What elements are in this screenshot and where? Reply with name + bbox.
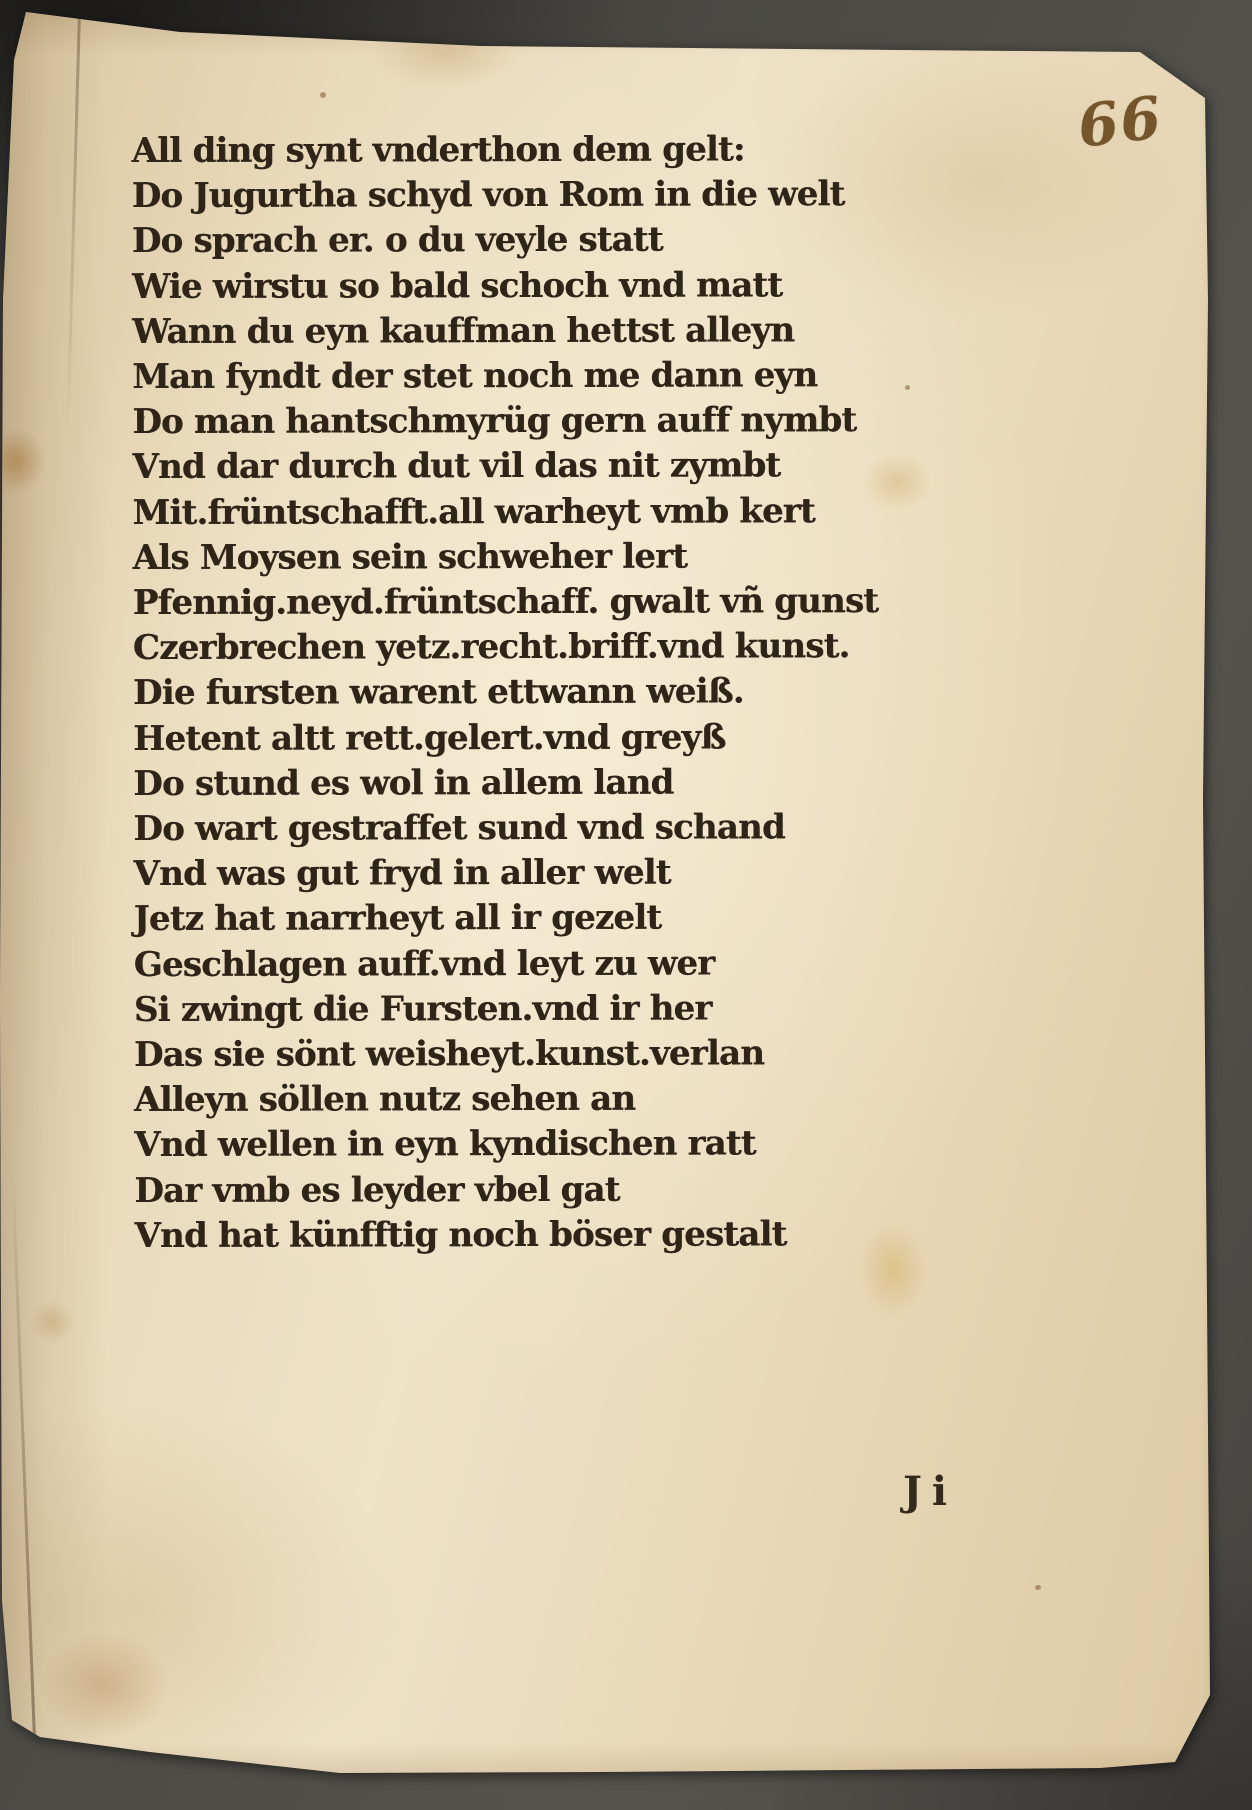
paper-stain <box>40 1630 170 1740</box>
text-line: Wann du eyn kauffman hettst alleyn <box>132 308 912 355</box>
folio-number: 66 <box>1074 83 1166 161</box>
foxing-speck <box>1035 1585 1041 1590</box>
text-line: Do Jugurtha schyd von Rom in die welt <box>132 172 912 219</box>
text-line: Mit.früntschafft.all warheyt vmb kert <box>132 489 912 536</box>
book-page: 66 All ding synt vnderthon dem gelt:Do J… <box>0 0 1226 1790</box>
text-line: Hetent altt rett.gelert.vnd greyß <box>133 715 913 762</box>
text-line: Als Moysen sein schweher lert <box>133 534 913 581</box>
text-line: All ding synt vnderthon dem gelt: <box>132 127 912 174</box>
text-line: Das sie sönt weisheyt.kunst.verlan <box>134 1031 914 1078</box>
text-line: Czerbrechen yetz.recht.briff.vnd kunst. <box>133 624 913 671</box>
text-line: Si zwingt die Fursten.vnd ir her <box>134 986 914 1033</box>
paper-stain <box>30 1300 74 1344</box>
foxing-speck <box>320 92 326 98</box>
text-line: Die fursten warent ettwann weiß. <box>133 669 913 716</box>
page-shadow-wrap: 66 All ding synt vnderthon dem gelt:Do J… <box>0 0 1252 1810</box>
scan-background: 66 All ding synt vnderthon dem gelt:Do J… <box>0 0 1252 1810</box>
text-line: Vnd hat künfftig noch böser gestalt <box>134 1212 914 1259</box>
text-line: Jetz hat narrheyt all ir gezelt <box>134 895 914 942</box>
text-line: Vnd wellen in eyn kyndischen ratt <box>134 1121 914 1168</box>
text-line: Alleyn söllen nutz sehen an <box>134 1076 914 1123</box>
text-line: Do stund es wol in allem land <box>133 760 913 807</box>
text-line: Do man hantschmyrüg gern auff nymbt <box>132 398 912 445</box>
text-line: Do wart gestraffet sund vnd schand <box>133 805 913 852</box>
text-line: Geschlagen auff.vnd leyt zu wer <box>134 941 914 988</box>
verse-text-block: All ding synt vnderthon dem gelt:Do Jugu… <box>132 127 915 1259</box>
text-line: Man fyndt der stet noch me dann eyn <box>132 353 912 400</box>
paper-crease-bottom <box>11 1170 36 1736</box>
paper-crease-top <box>66 16 81 436</box>
text-line: Wie wirstu so bald schoch vnd matt <box>132 263 912 310</box>
paper-stain <box>0 428 46 494</box>
text-line: Vnd dar durch dut vil das nit zymbt <box>132 443 912 490</box>
text-line: Do sprach er. o du veyle statt <box>132 217 912 264</box>
signature-mark: Ji <box>903 1468 957 1515</box>
paper-stain <box>370 18 520 88</box>
text-line: Dar vmb es leyder vbel gat <box>134 1167 914 1214</box>
text-line: Vnd was gut fryd in aller welt <box>133 850 913 897</box>
text-line: Pfennig.neyd.früntschaff. gwalt vñ gunst <box>133 579 913 626</box>
